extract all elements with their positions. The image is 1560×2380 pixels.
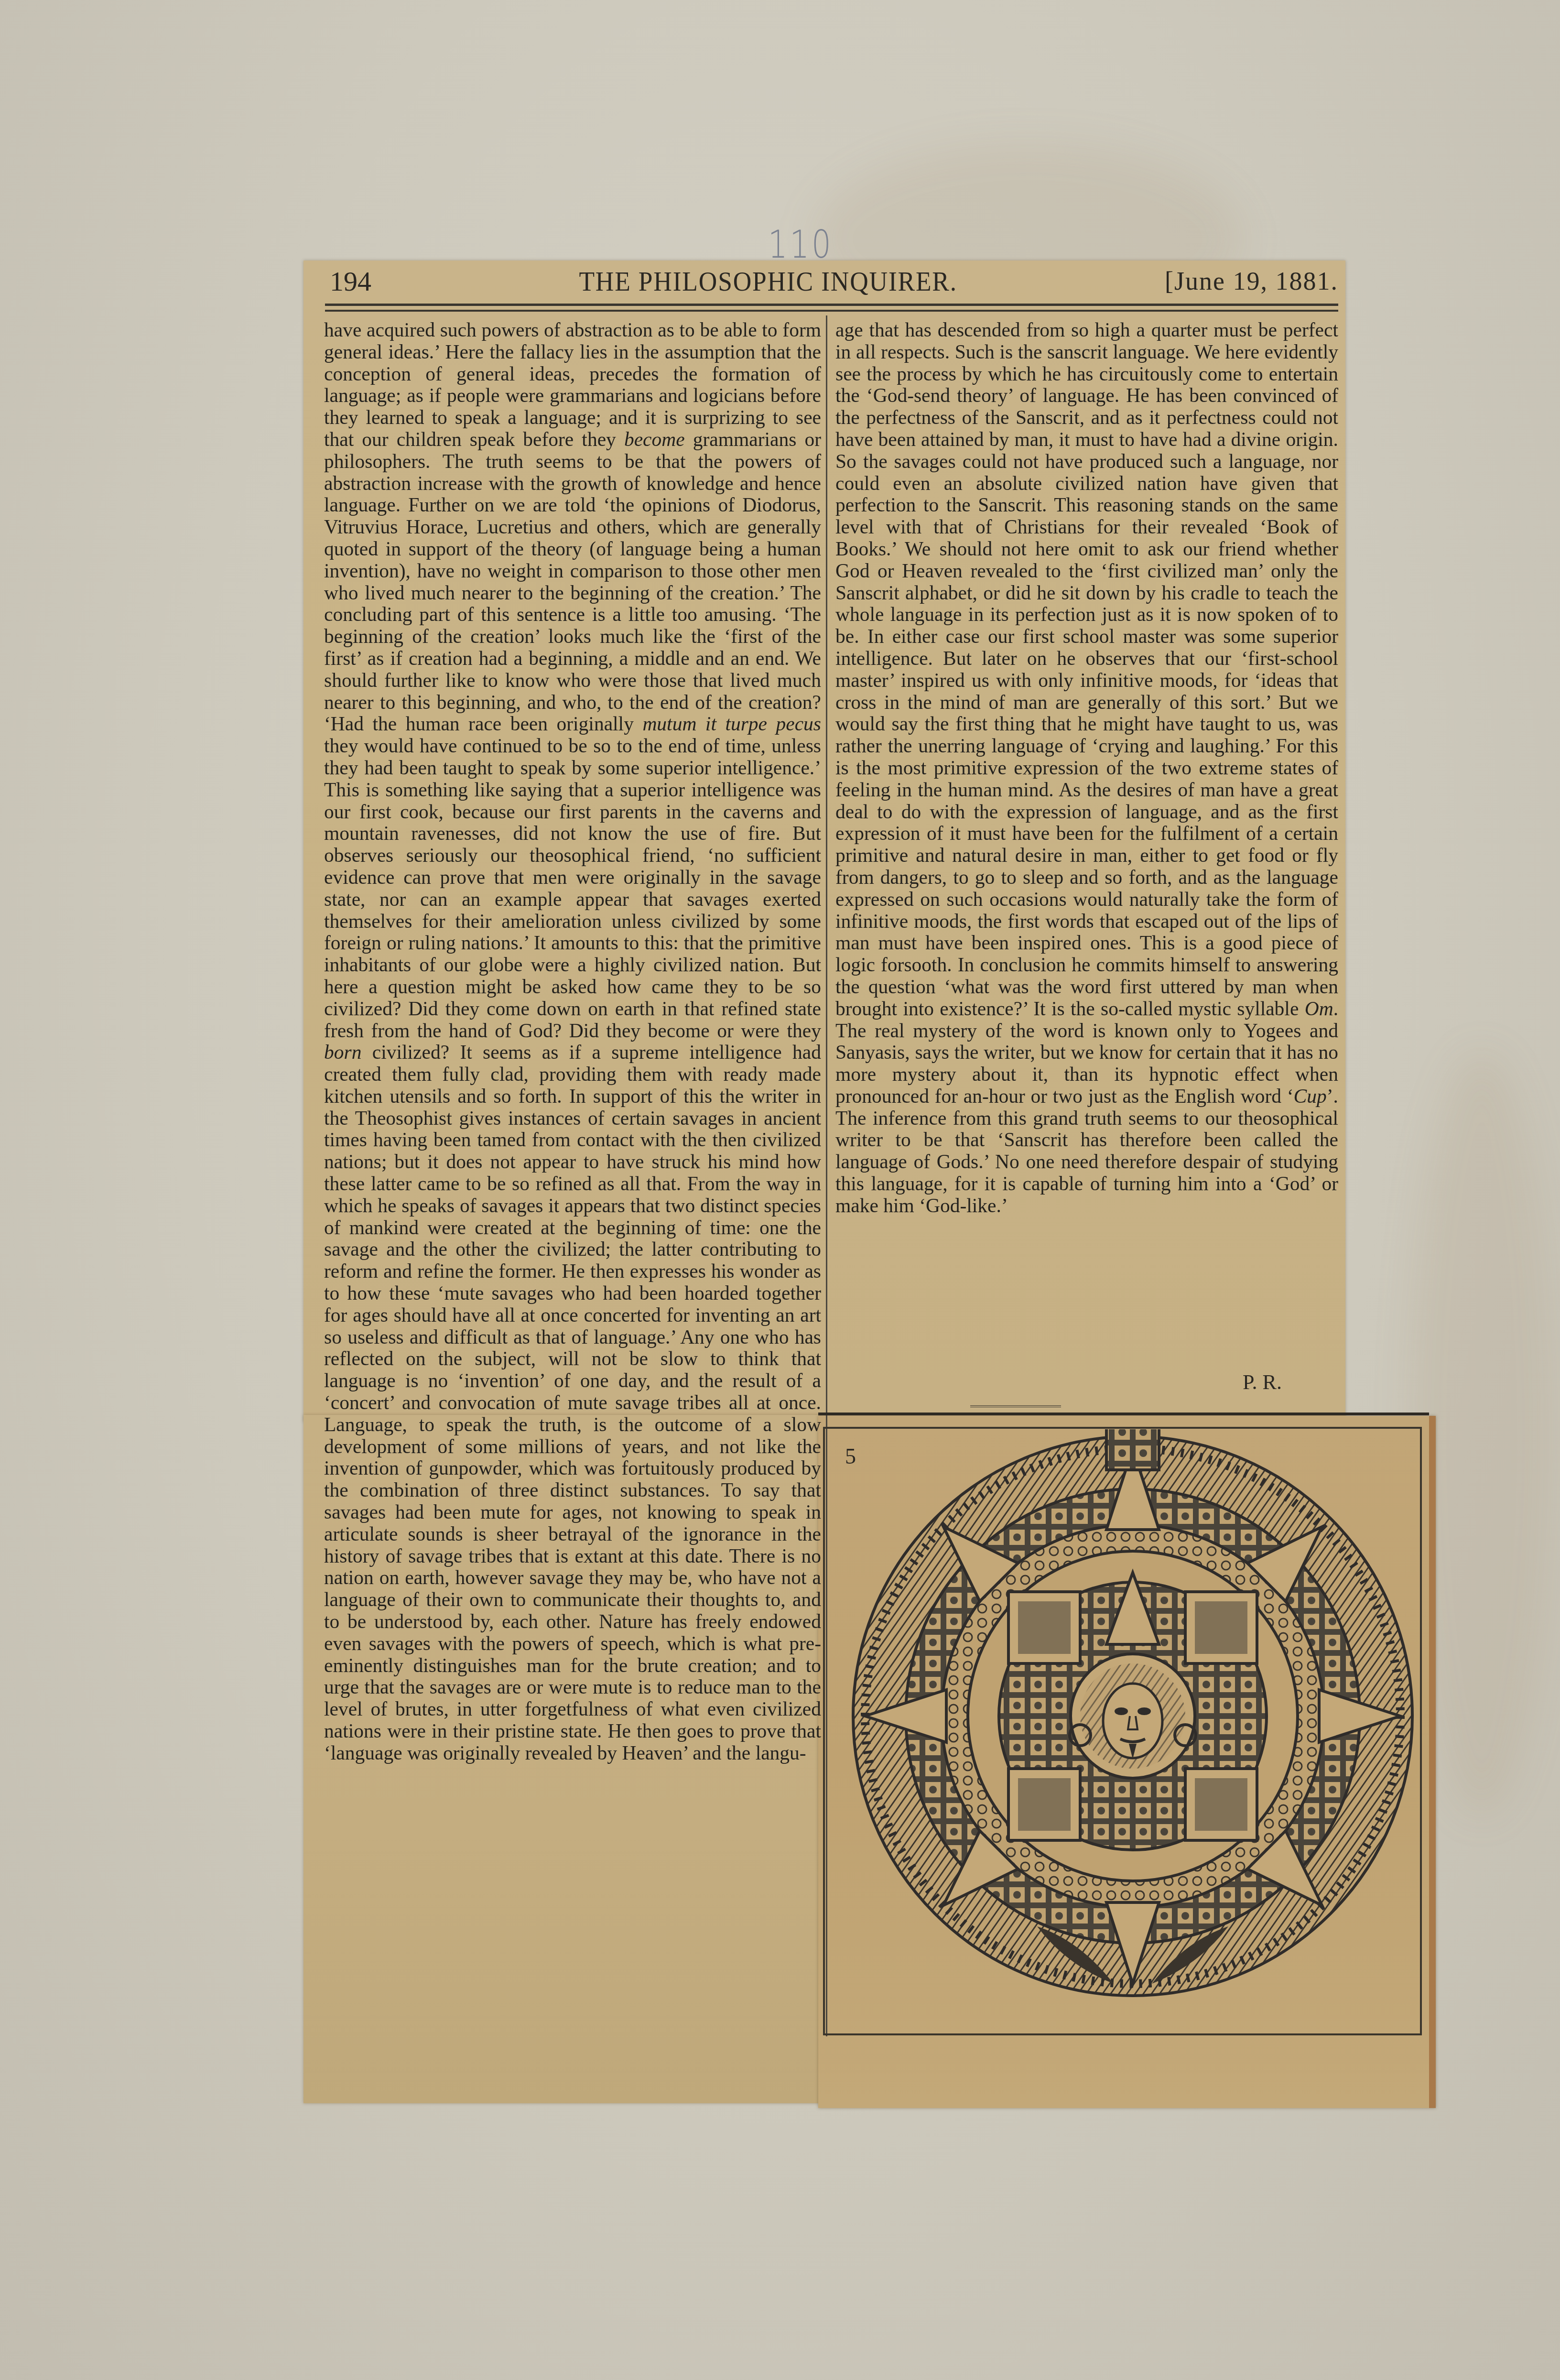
article-column-left: have acquired such powers of abstraction… <box>324 319 821 1764</box>
aztec-calendar-stone-illustration <box>841 1429 1424 2012</box>
section-end-rule <box>970 1405 1061 1409</box>
running-header: 194 THE PHILOSOPHIC INQUIRER. [June 19, … <box>330 262 1338 300</box>
issue-date: [June 19, 1881. <box>1165 266 1338 296</box>
header-rule <box>325 304 1338 306</box>
clipped-heading-strip <box>818 1413 1429 1415</box>
header-rule-lower <box>325 310 1338 312</box>
article-column-right: age that has descended from so high a qu… <box>835 319 1338 1217</box>
page-number: 194 <box>330 265 371 297</box>
article-paragraph: age that has descended from so high a qu… <box>835 319 1338 1217</box>
journal-title: THE PHILOSOPHIC INQUIRER. <box>579 265 957 297</box>
article-paragraph: have acquired such powers of abstraction… <box>324 319 821 1764</box>
author-initials: P. R. <box>1243 1370 1282 1394</box>
